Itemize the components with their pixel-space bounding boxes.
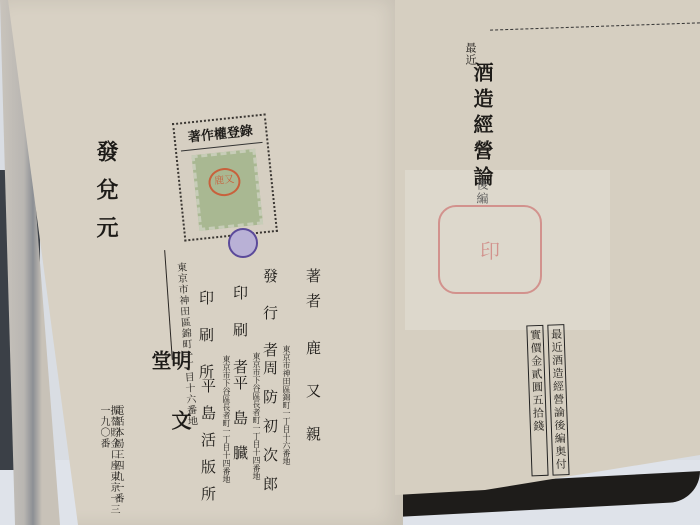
- purple-seal-icon: [228, 228, 258, 258]
- title-suffix: 後編: [476, 178, 488, 206]
- price-label: 實價金貳圓五拾錢: [526, 325, 548, 477]
- body-text-columns: 質は極めて稀で多くは掛賣であるから從つて之が代金の回收に する譯である而して今日…: [560, 20, 700, 420]
- printer-address: 東京市下谷區長者町一丁目十四番地: [252, 352, 260, 480]
- issuer-name: 周防初次郎: [262, 360, 277, 505]
- printshop-address: 東京市下谷區長者町一丁目十四番地: [222, 355, 230, 483]
- printer-name: 平島臓: [232, 375, 247, 480]
- colophon-price-box: 最近酒造經營論後編奥付 實價金貳圓五拾錢: [339, 324, 569, 483]
- issuer-address: 東京市神田區錦町一丁目十六番地: [282, 345, 290, 465]
- transfer-account: 振替貯金口座東京一三一九〇番: [98, 405, 118, 525]
- author-label: 著者: [305, 268, 320, 318]
- red-ownership-seal-icon: 印: [438, 205, 542, 294]
- book-title: 酒造經營論: [472, 62, 492, 192]
- author-name: 鹿又親: [305, 340, 320, 469]
- stamp-header: 著作權登錄: [179, 120, 263, 151]
- printshop-name: 平島活版所: [200, 378, 215, 513]
- publisher-label: 發兌元: [95, 140, 117, 254]
- publisher-name: 明文堂: [150, 350, 190, 525]
